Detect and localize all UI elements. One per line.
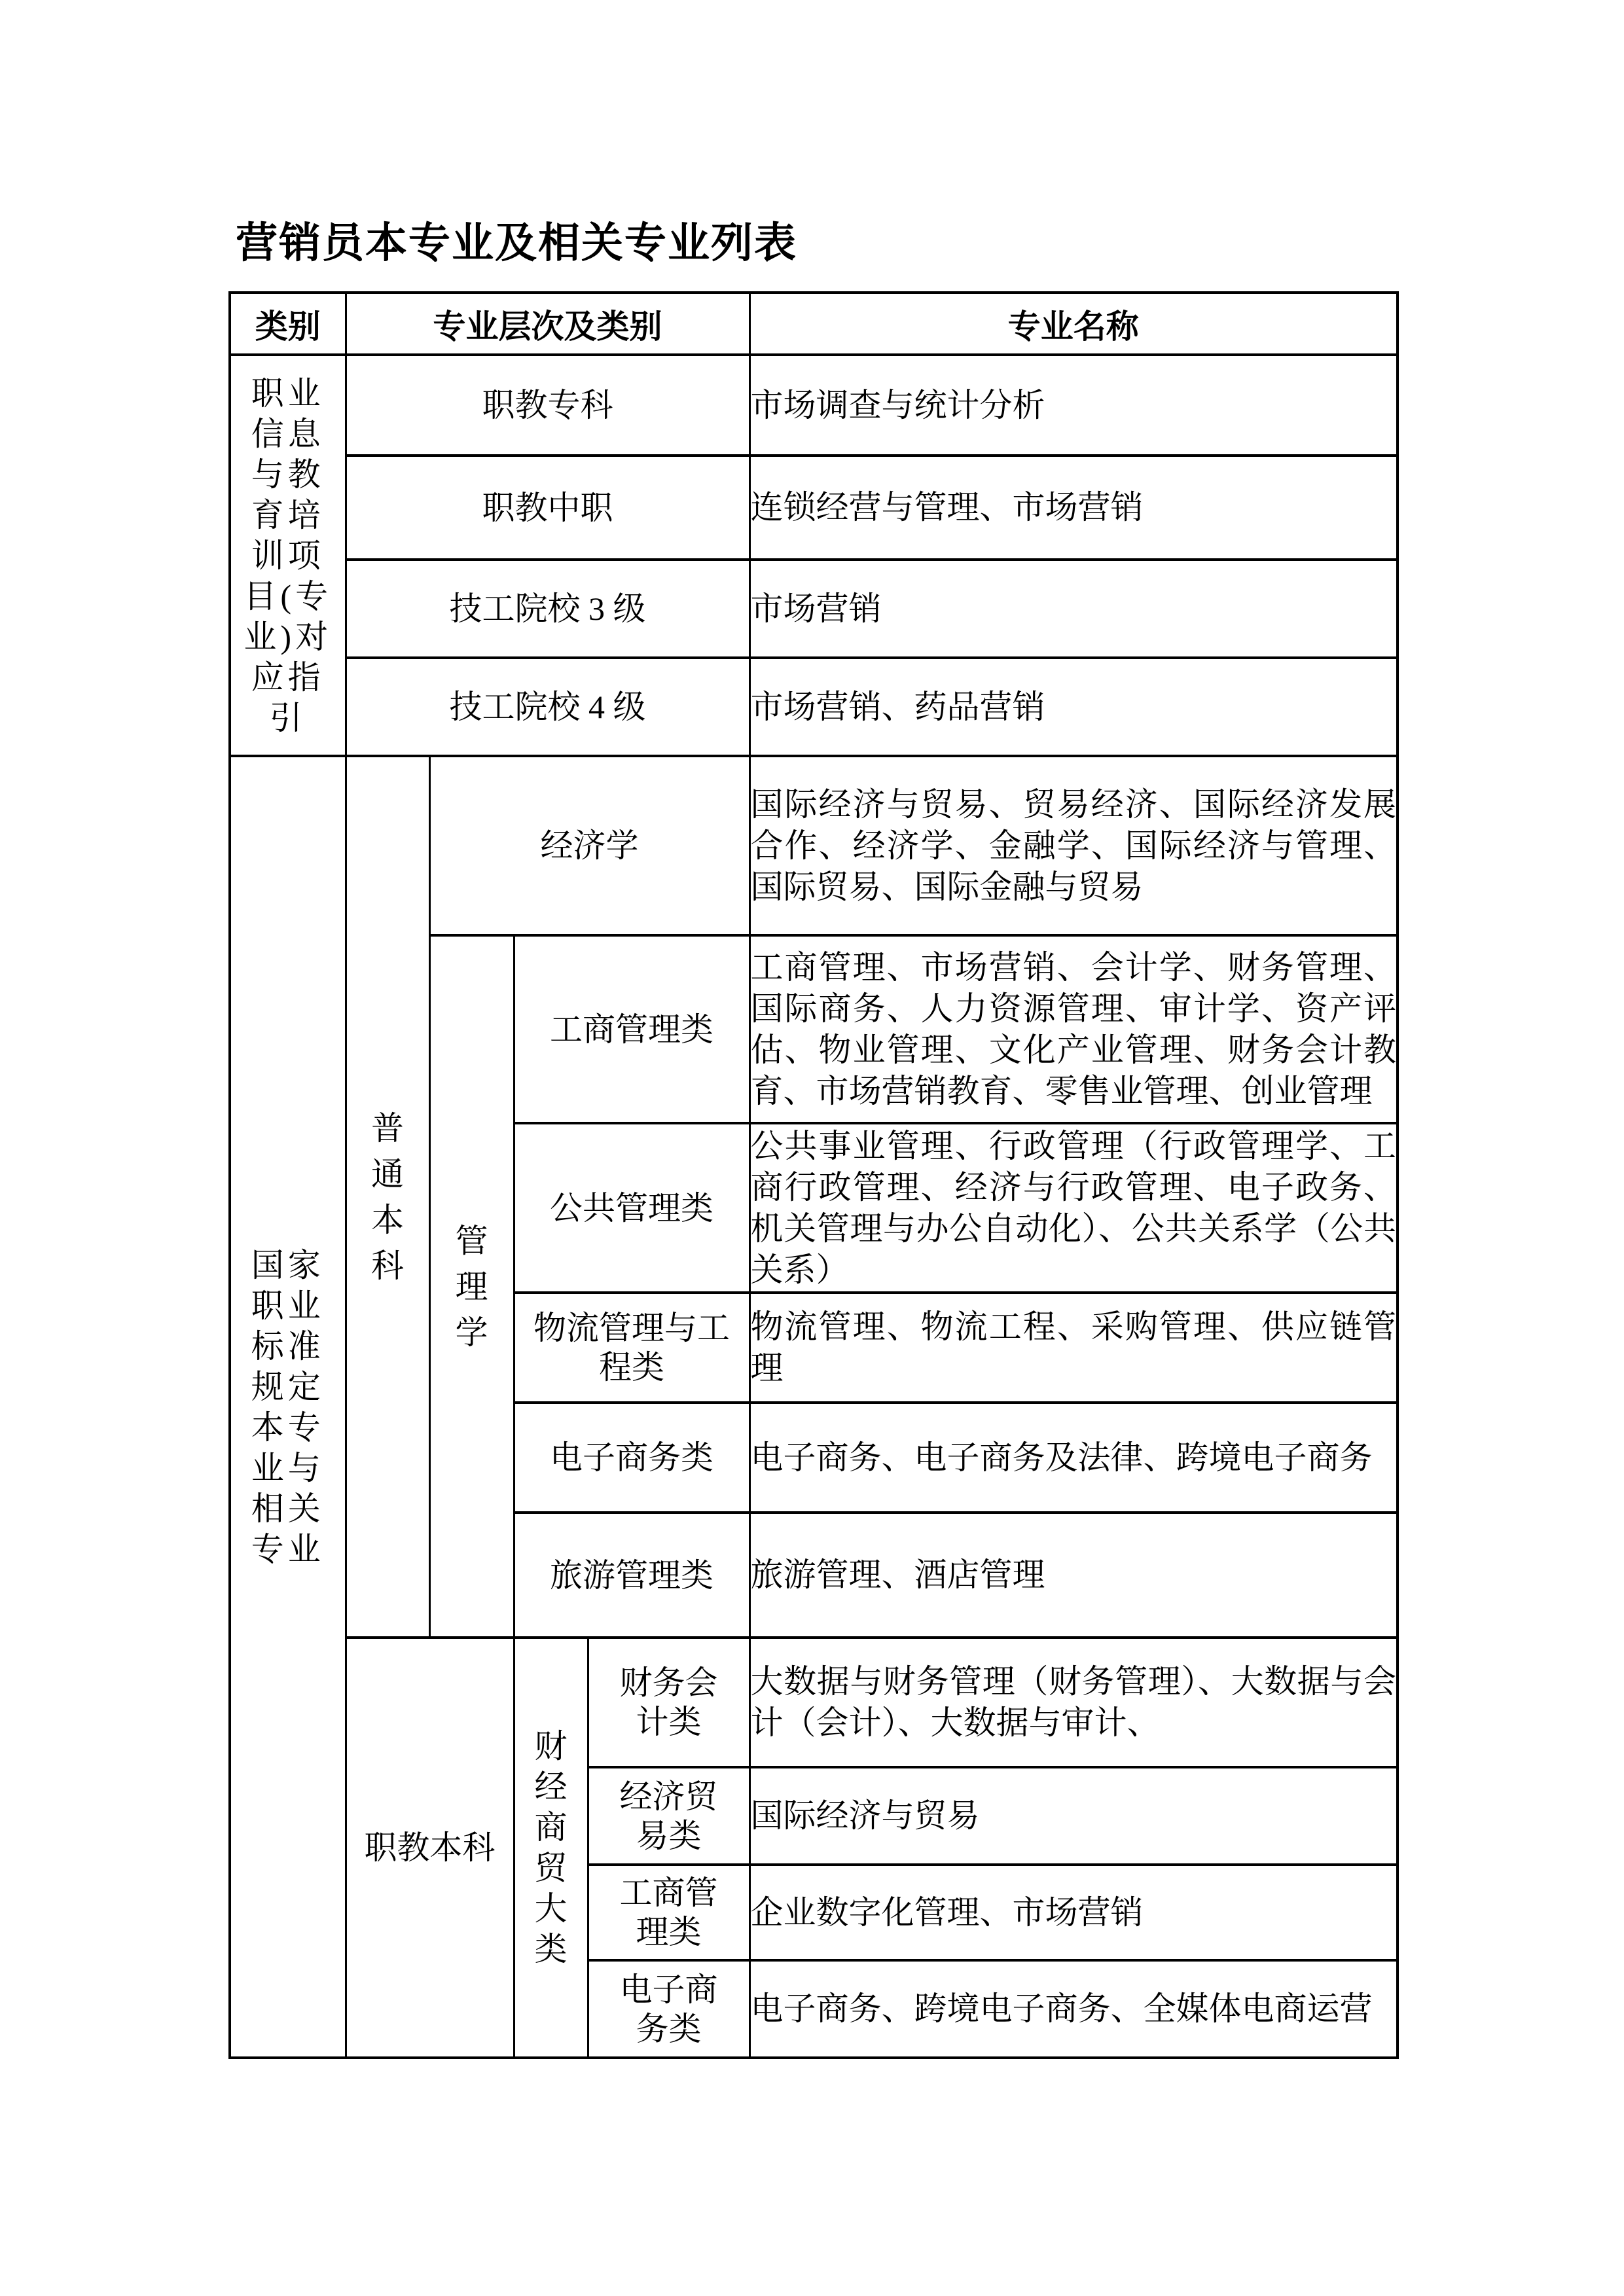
table-row: 职教本科 财 经 商 贸 大 类 财务会 计类 大数据与财务管理（财务管理）、大… bbox=[230, 1638, 1398, 1767]
majors-cell: 旅游管理、酒店管理 bbox=[749, 1513, 1398, 1638]
majors-cell: 电子商务、跨境电子商务、全媒体电商运营 bbox=[749, 1960, 1398, 2058]
document-page: 营销员本专业及相关专业列表 类别 专业层次及类别 专业名称 职业 信息 与教 育… bbox=[0, 0, 1624, 2296]
category-standard-cell: 国家 职业 标准 规定 本专 业与 相关 专业 bbox=[230, 756, 346, 2058]
header-level: 专业层次及类别 bbox=[346, 293, 749, 355]
finance-trade-big-category-cell: 财 经 商 贸 大 类 bbox=[514, 1638, 588, 2058]
table-row: 职业 信息 与教 育培 训项 目(专 业)对 应指 引 职教专科 市场调查与统计… bbox=[230, 355, 1398, 456]
majors-cell: 国际经济与贸易、贸易经济、国际经济发展合作、经济学、金融学、国际经济与管理、国际… bbox=[749, 756, 1398, 935]
majors-cell: 连锁经营与管理、市场营销 bbox=[749, 456, 1398, 560]
header-major-name: 专业名称 bbox=[749, 293, 1398, 355]
discipline-class-cell: 电子商务类 bbox=[514, 1403, 749, 1513]
majors-cell: 国际经济与贸易 bbox=[749, 1767, 1398, 1865]
discipline-class-cell: 工商管理类 bbox=[514, 935, 749, 1123]
level-cell: 职教专科 bbox=[346, 355, 749, 456]
majors-cell: 市场营销、药品营销 bbox=[749, 658, 1398, 756]
level-cell: 职教中职 bbox=[346, 456, 749, 560]
category-guide-cell: 职业 信息 与教 育培 训项 目(专 业)对 应指 引 bbox=[230, 355, 346, 756]
majors-cell: 企业数字化管理、市场营销 bbox=[749, 1865, 1398, 1960]
majors-cell: 公共事业管理、行政管理（行政管理学、工商行政管理、经济与行政管理、电子政务、机关… bbox=[749, 1123, 1398, 1293]
majors-table: 类别 专业层次及类别 专业名称 职业 信息 与教 育培 训项 目(专 业)对 应… bbox=[228, 291, 1399, 2059]
header-row: 类别 专业层次及类别 专业名称 bbox=[230, 293, 1398, 355]
sub-category-cell: 经济贸 易类 bbox=[588, 1767, 749, 1865]
discipline-class-cell: 旅游管理类 bbox=[514, 1513, 749, 1638]
vocational-undergraduate-cell: 职教本科 bbox=[346, 1638, 514, 2058]
regular-undergraduate-cell: 普 通 本 科 bbox=[346, 756, 429, 1638]
majors-cell: 物流管理、物流工程、采购管理、供应链管理 bbox=[749, 1293, 1398, 1403]
majors-cell: 市场营销 bbox=[749, 560, 1398, 658]
majors-cell: 工商管理、市场营销、会计学、财务管理、国际商务、人力资源管理、审计学、资产评估、… bbox=[749, 935, 1398, 1123]
discipline-class-cell: 公共管理类 bbox=[514, 1123, 749, 1293]
level-cell: 技工院校 3 级 bbox=[346, 560, 749, 658]
majors-cell: 大数据与财务管理（财务管理）、大数据与会计（会计）、大数据与审计、 bbox=[749, 1638, 1398, 1767]
sub-category-cell: 电子商 务类 bbox=[588, 1960, 749, 2058]
page-title: 营销员本专业及相关专业列表 bbox=[236, 220, 797, 267]
level-cell: 技工院校 4 级 bbox=[346, 658, 749, 756]
discipline-class-cell: 物流管理与工 程类 bbox=[514, 1293, 749, 1403]
sub-category-cell: 工商管 理类 bbox=[588, 1865, 749, 1960]
table-row: 技工院校 4 级 市场营销、药品营销 bbox=[230, 658, 1398, 756]
sub-category-cell: 财务会 计类 bbox=[588, 1638, 749, 1767]
table-row: 职教中职 连锁经营与管理、市场营销 bbox=[230, 456, 1398, 560]
management-discipline-cell: 管 理 学 bbox=[429, 935, 514, 1638]
discipline-cell: 经济学 bbox=[429, 756, 749, 935]
table-row: 国家 职业 标准 规定 本专 业与 相关 专业 普 通 本 科 经济学 国际经济… bbox=[230, 756, 1398, 935]
majors-cell: 市场调查与统计分析 bbox=[749, 355, 1398, 456]
majors-cell: 电子商务、电子商务及法律、跨境电子商务 bbox=[749, 1403, 1398, 1513]
header-category: 类别 bbox=[230, 293, 346, 355]
table-row: 技工院校 3 级 市场营销 bbox=[230, 560, 1398, 658]
